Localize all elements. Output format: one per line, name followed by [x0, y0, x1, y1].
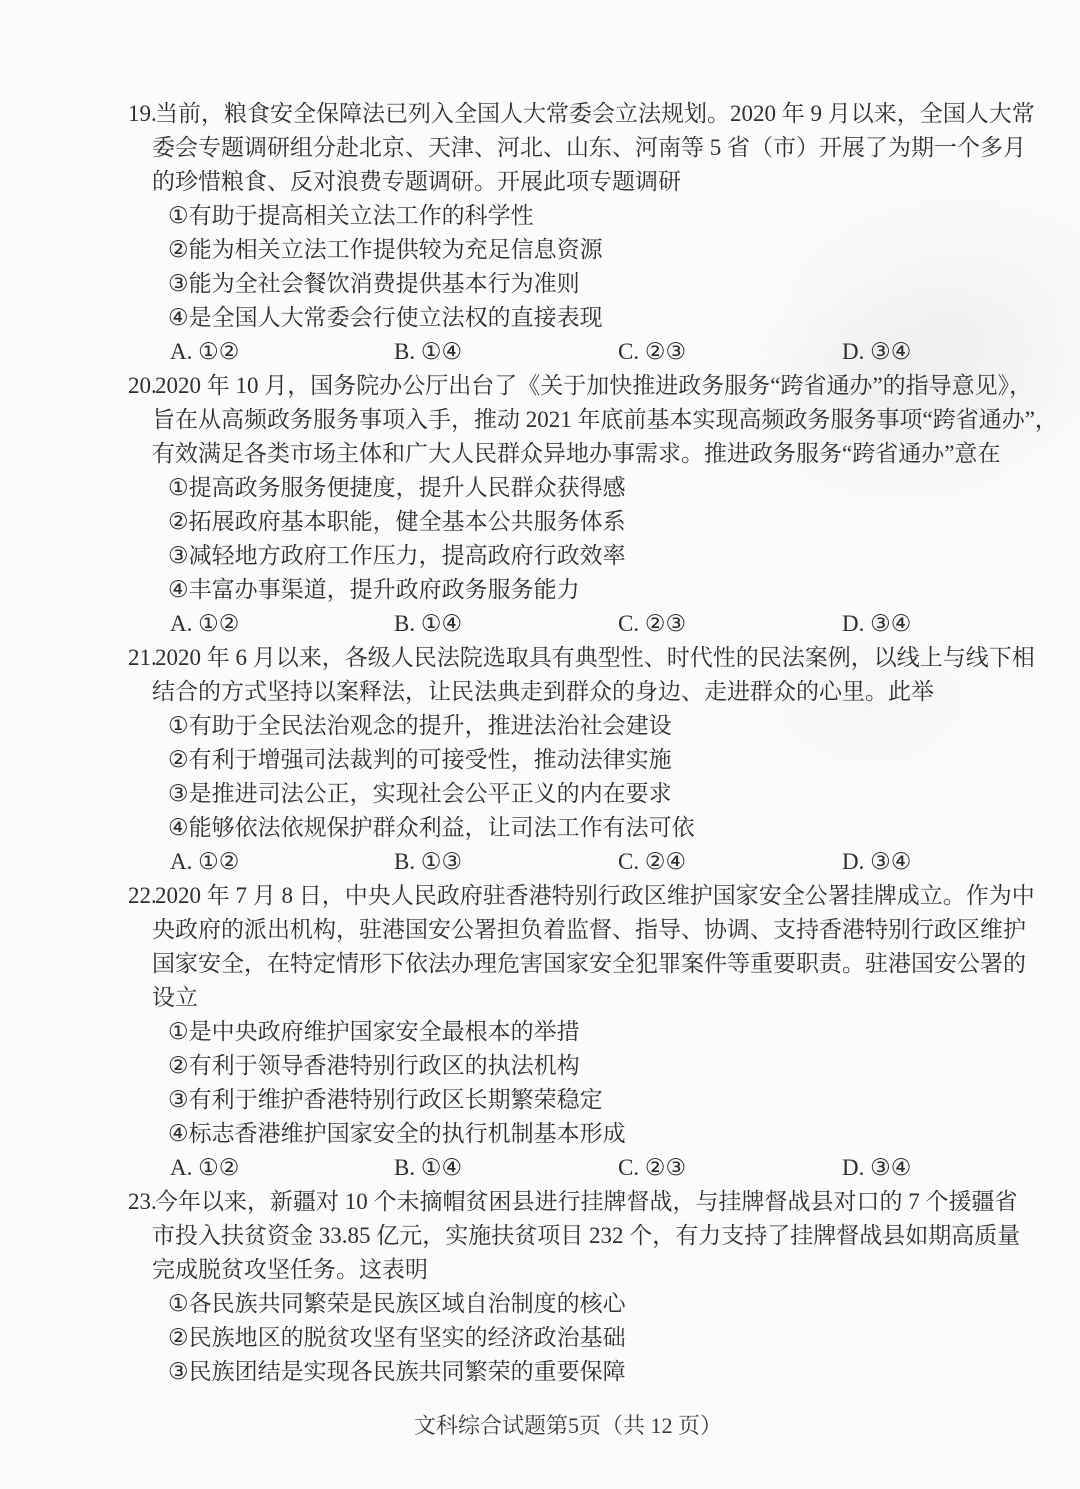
option-a: A. ①②	[170, 845, 394, 879]
stem-text: 今年以来，新疆对 10 个未摘帽贫困县进行挂牌督战，与挂牌督战县对口的 7 个援…	[155, 1189, 1018, 1214]
statement-4: ④能够依法依规保护群众利益，让司法工作有法可依	[128, 811, 1048, 845]
question-20: 20. 2020 年 10 月，国务院办公厅出台了《关于加快推进政务服务“跨省通…	[128, 369, 1048, 641]
question-stem-line: 19. 当前，粮食安全保障法已列入全国人大常委会立法规划。2020 年 9 月以…	[128, 97, 1048, 131]
statement-3: ③能为全社会餐饮消费提供基本行为准则	[128, 267, 1048, 301]
statement-2: ②有利于领导香港特别行政区的执法机构	[128, 1049, 1048, 1083]
exam-page: 19. 当前，粮食安全保障法已列入全国人大常委会立法规划。2020 年 9 月以…	[0, 0, 1080, 1489]
option-a: A. ①②	[170, 1151, 394, 1185]
statement-1: ①各民族共同繁荣是民族区域自治制度的核心	[128, 1287, 1048, 1321]
option-d: D. ③④	[842, 845, 1066, 879]
question-number: 21.	[128, 641, 157, 675]
options-row: A. ①②B. ①④C. ②③D. ③④	[128, 607, 1048, 641]
statement-4: ④标志香港维护国家安全的执行机制基本形成	[128, 1117, 1048, 1151]
stem-text: 当前，粮食安全保障法已列入全国人大常委会立法规划。2020 年 9 月以来，全国…	[155, 101, 1035, 126]
question-number: 20.	[128, 369, 157, 403]
options-row: A. ①②B. ①③C. ②④D. ③④	[128, 845, 1048, 879]
stem-text: 2020 年 10 月，国务院办公厅出台了《关于加快推进政务服务“跨省通办”的指…	[155, 373, 1032, 398]
statement-3: ③民族团结是实现各民族共同繁荣的重要保障	[128, 1355, 1048, 1389]
option-d: D. ③④	[842, 607, 1066, 641]
question-23: 23. 今年以来，新疆对 10 个未摘帽贫困县进行挂牌督战，与挂牌督战县对口的 …	[128, 1185, 1048, 1389]
question-stem-line: 设立	[128, 981, 1048, 1015]
option-b: B. ①④	[394, 335, 618, 369]
statement-2: ②有利于增强司法裁判的可接受性，推动法律实施	[128, 743, 1048, 777]
option-d: D. ③④	[842, 335, 1066, 369]
question-stem-line: 市投入扶贫资金 33.85 亿元，实施扶贫项目 232 个，有力支持了挂牌督战县…	[128, 1219, 1048, 1253]
options-row: A. ①②B. ①④C. ②③D. ③④	[128, 335, 1048, 369]
page-footer: 文科综合试题第5页（共 12 页）	[128, 1409, 1008, 1440]
option-c: C. ②③	[618, 335, 842, 369]
statement-1: ①是中央政府维护国家安全最根本的举措	[128, 1015, 1048, 1049]
statement-2: ②能为相关立法工作提供较为充足信息资源	[128, 233, 1048, 267]
question-stem-line: 委会专题调研组分赴北京、天津、河北、山东、河南等 5 省（市）开展了为期一个多月	[128, 131, 1048, 165]
question-21: 21. 2020 年 6 月以来，各级人民法院选取具有典型性、时代性的民法案例，…	[128, 641, 1048, 879]
question-number: 19.	[128, 97, 157, 131]
stem-text: 2020 年 6 月以来，各级人民法院选取具有典型性、时代性的民法案例，以线上与…	[155, 645, 1035, 670]
statement-3: ③减轻地方政府工作压力，提高政府行政效率	[128, 539, 1048, 573]
option-a: A. ①②	[170, 335, 394, 369]
question-stem-line: 23. 今年以来，新疆对 10 个未摘帽贫困县进行挂牌督战，与挂牌督战县对口的 …	[128, 1185, 1048, 1219]
statement-1: ①有助于提高相关立法工作的科学性	[128, 199, 1048, 233]
question-number: 23.	[128, 1185, 157, 1219]
option-a: A. ①②	[170, 607, 394, 641]
question-stem-line: 央政府的派出机构，驻港国安公署担负着监督、指导、协调、支持香港特别行政区维护	[128, 913, 1048, 947]
option-c: C. ②③	[618, 607, 842, 641]
option-c: C. ②④	[618, 845, 842, 879]
option-d: D. ③④	[842, 1151, 1066, 1185]
statement-4: ④是全国人大常委会行使立法权的直接表现	[128, 301, 1048, 335]
statement-4: ④丰富办事渠道，提升政府政务服务能力	[128, 573, 1048, 607]
question-stem-line: 完成脱贫攻坚任务。这表明	[128, 1253, 1048, 1287]
question-stem-line: 20. 2020 年 10 月，国务院办公厅出台了《关于加快推进政务服务“跨省通…	[128, 369, 1048, 403]
question-stem-line: 22. 2020 年 7 月 8 日，中央人民政府驻香港特别行政区维护国家安全公…	[128, 879, 1048, 913]
question-stem-line: 国家安全，在特定情形下依法办理危害国家安全犯罪案件等重要职责。驻港国安公署的	[128, 947, 1048, 981]
statement-3: ③有利于维护香港特别行政区长期繁荣稳定	[128, 1083, 1048, 1117]
question-stem-line: 的珍惜粮食、反对浪费专题调研。开展此项专题调研	[128, 165, 1048, 199]
statement-1: ①提高政务服务便捷度，提升人民群众获得感	[128, 471, 1048, 505]
option-b: B. ①④	[394, 1151, 618, 1185]
statement-2: ②拓展政府基本职能，健全基本公共服务体系	[128, 505, 1048, 539]
question-stem-line: 结合的方式坚持以案释法，让民法典走到群众的身边、走进群众的心里。此举	[128, 675, 1048, 709]
question-22: 22. 2020 年 7 月 8 日，中央人民政府驻香港特别行政区维护国家安全公…	[128, 879, 1048, 1185]
statement-2: ②民族地区的脱贫攻坚有坚实的经济政治基础	[128, 1321, 1048, 1355]
option-b: B. ①③	[394, 845, 618, 879]
question-stem-line: 21. 2020 年 6 月以来，各级人民法院选取具有典型性、时代性的民法案例，…	[128, 641, 1048, 675]
question-stem-line: 有效满足各类市场主体和广大人民群众异地办事需求。推进政务服务“跨省通办”意在	[128, 437, 1048, 471]
option-c: C. ②③	[618, 1151, 842, 1185]
statement-3: ③是推进司法公正，实现社会公平正义的内在要求	[128, 777, 1048, 811]
question-19: 19. 当前，粮食安全保障法已列入全国人大常委会立法规划。2020 年 9 月以…	[128, 97, 1048, 369]
statement-1: ①有助于全民法治观念的提升，推进法治社会建设	[128, 709, 1048, 743]
exam-content: 19. 当前，粮食安全保障法已列入全国人大常委会立法规划。2020 年 9 月以…	[128, 97, 1048, 1389]
options-row: A. ①②B. ①④C. ②③D. ③④	[128, 1151, 1048, 1185]
option-b: B. ①④	[394, 607, 618, 641]
question-number: 22.	[128, 879, 157, 913]
stem-text: 2020 年 7 月 8 日，中央人民政府驻香港特别行政区维护国家安全公署挂牌成…	[155, 883, 1035, 908]
question-stem-line: 旨在从高频政务服务事项入手，推动 2021 年底前基本实现高频政务服务事项“跨省…	[128, 403, 1048, 437]
